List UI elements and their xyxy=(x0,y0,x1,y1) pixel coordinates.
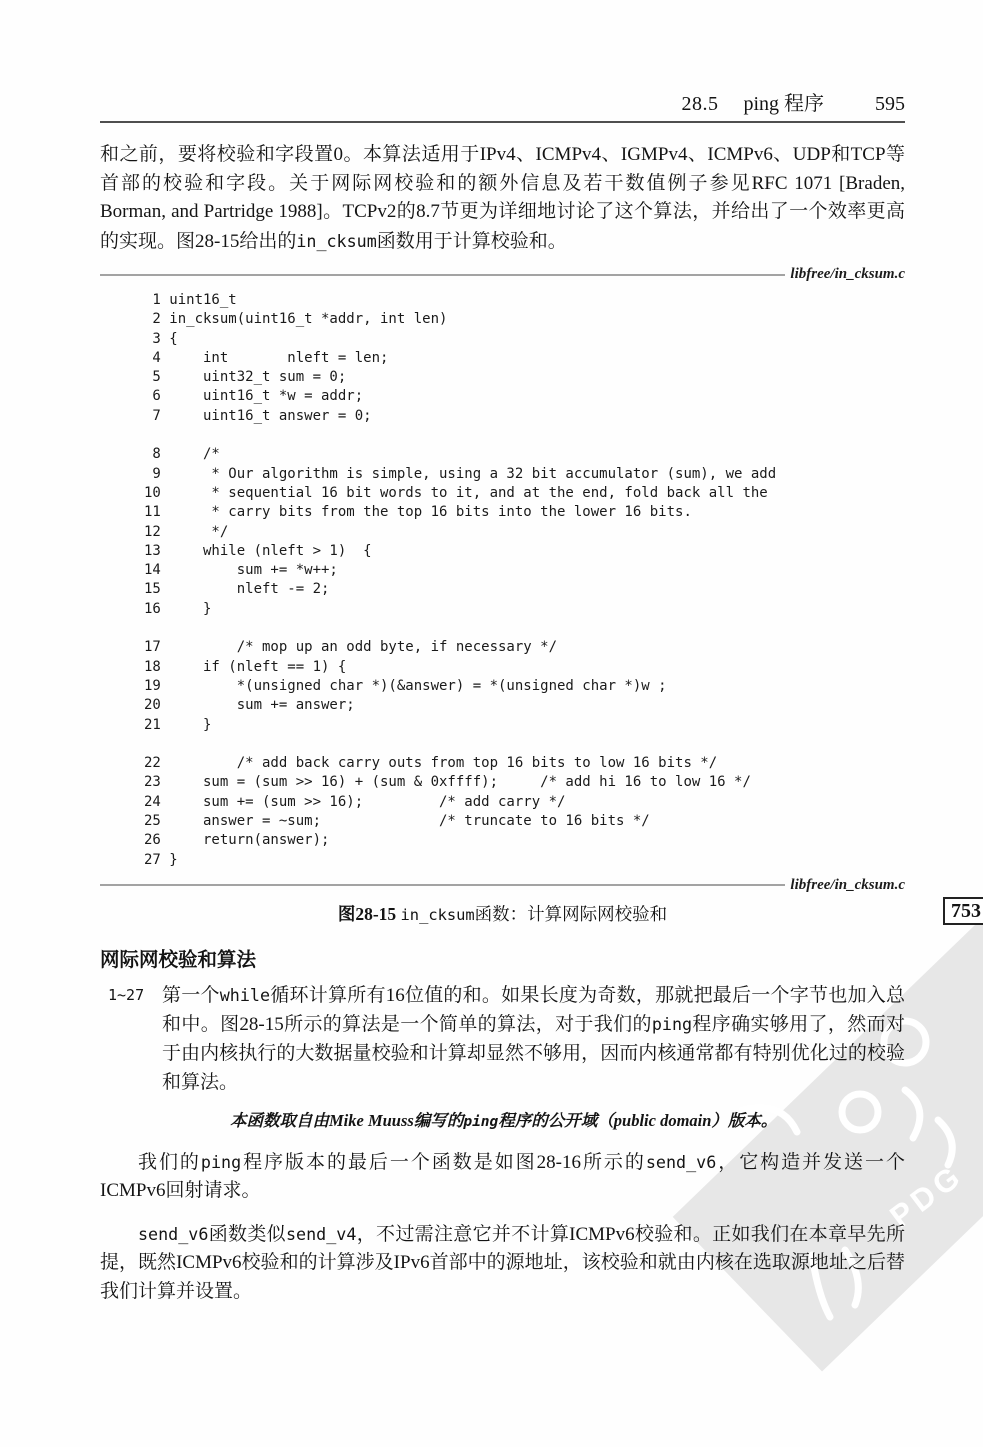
code-source-rule-top: libfree/in_cksum.c xyxy=(100,266,905,283)
page-marker-badge: 753 xyxy=(943,897,983,925)
section-heading: 网际网校验和算法 xyxy=(100,944,905,972)
running-head-title: ping 程序 xyxy=(743,93,824,115)
figure-caption: 图28-15 in_cksum函数：计算网际网校验和 xyxy=(100,903,905,926)
paragraph-send-v6-detail: send_v6函数类似send_v4，不过需注意它并不计算ICMPv6校验和。正… xyxy=(100,1220,905,1307)
code-source-rule-bottom: libfree/in_cksum.c xyxy=(100,877,905,894)
running-head-section: 28.5 xyxy=(681,93,718,115)
running-head: 28.5 ping 程序 595 xyxy=(100,92,905,116)
book-page: PDG 28.5 ping 程序 595 和之前，要将校验和字段置0。本算法适用… xyxy=(0,0,983,1447)
paragraph-intro: 和之前，要将校验和字段置0。本算法适用于IPv4、ICMPv4、IGMPv4、I… xyxy=(100,141,905,256)
running-head-page-number: 595 xyxy=(875,93,905,115)
code-listing: 1 uint16_t 2 in_cksum(uint16_t *addr, in… xyxy=(144,291,905,870)
paragraph-lines-1-27-body: 第一个while循环计算所有16位值的和。如果长度为奇数，那就把最后一个字节也加… xyxy=(162,981,905,1097)
paragraph-lines-1-27: 1~27 第一个while循环计算所有16位值的和。如果长度为奇数，那就把最后一… xyxy=(100,981,905,1097)
code-line-range-label: 1~27 xyxy=(108,981,162,1097)
code-source-label-top: libfree/in_cksum.c xyxy=(785,266,905,283)
page-content: 28.5 ping 程序 595 和之前，要将校验和字段置0。本算法适用于IPv… xyxy=(0,0,983,1306)
caption-row: 图28-15 in_cksum函数：计算网际网校验和 753 xyxy=(100,903,905,926)
code-figure: libfree/in_cksum.c 1 uint16_t 2 in_cksum… xyxy=(100,266,905,894)
rule-line xyxy=(100,884,785,886)
header-rule xyxy=(100,121,905,123)
rule-line xyxy=(100,274,785,276)
paragraph-send-v6-intro: 我们的ping程序版本的最后一个函数是如图28-16所示的send_v6，它构造… xyxy=(100,1148,905,1206)
code-source-label-bottom: libfree/in_cksum.c xyxy=(785,877,905,894)
note-public-domain: 本函数取自由Mike Muuss编写的ping程序的公开域（public dom… xyxy=(230,1109,830,1134)
